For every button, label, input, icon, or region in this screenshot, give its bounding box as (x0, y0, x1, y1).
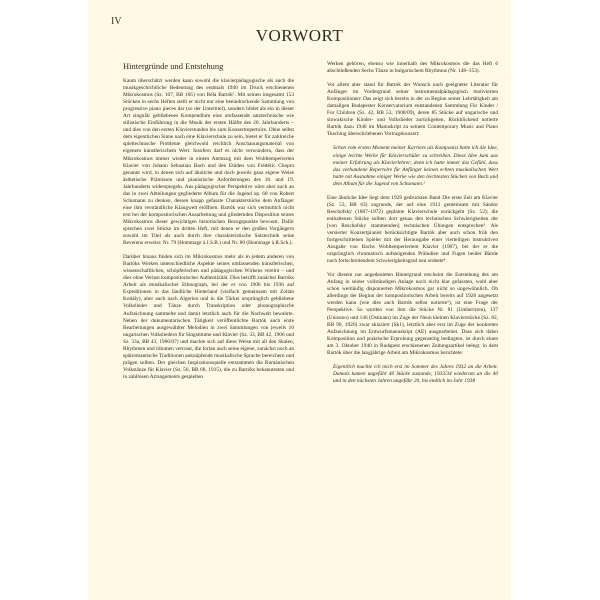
paragraph: Darüber hinaus finden sich im Mikrokosmo… (123, 254, 294, 381)
block-quote: Schon vom ersten Moment meiner Karriere … (333, 145, 498, 187)
paragraph: Vor diesem nur angedeuteten Hintergrund … (327, 272, 498, 357)
section-heading: Hintergründe und Entstehung (123, 61, 294, 71)
right-column: Werken gehören, ebenso wie innerhalb des… (327, 61, 498, 392)
paragraph: Eine ähnliche Idee liegt dem 1929 gedruc… (327, 195, 498, 265)
block-quote: Eigentlich machte ich mich erst im Somme… (333, 364, 498, 385)
page-title: VORWORT (88, 26, 511, 46)
paragraph: Kaum überschätzt werden kann sowohl die … (123, 78, 294, 247)
paragraph: Werken gehören, ebenso wie innerhalb des… (327, 61, 498, 75)
paragraph: Vor allem aber stand für Bartók der Wuns… (327, 82, 498, 138)
left-column: Hintergründe und Entstehung Kaum übersch… (123, 61, 294, 388)
